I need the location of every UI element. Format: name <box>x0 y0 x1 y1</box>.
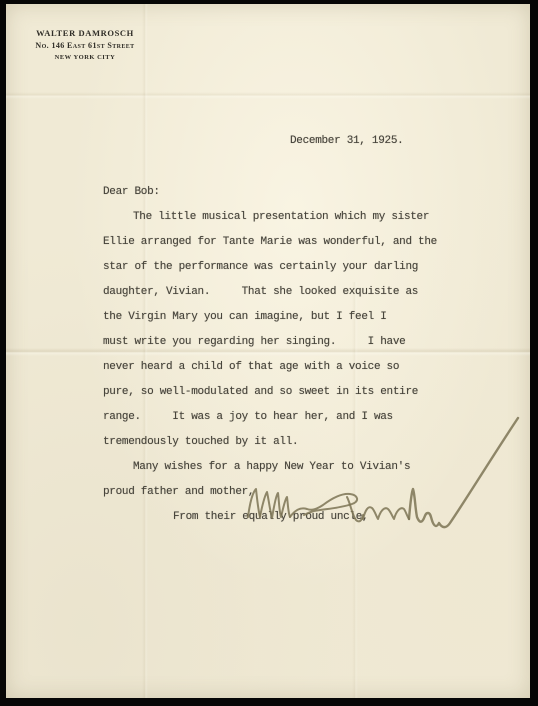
signature-stroke-waves <box>363 507 409 519</box>
letter-line: Ellie arranged for Tante Marie was wonde… <box>103 230 473 255</box>
letterhead: WALTER DAMROSCH No. 146 East 61st Street… <box>19 27 151 63</box>
letter-line: daughter, Vivian. That she looked exquis… <box>103 280 473 305</box>
letter-line: pure, so well-modulated and so sweet in … <box>103 380 473 405</box>
scan-frame: WALTER DAMROSCH No. 146 East 61st Street… <box>0 0 538 706</box>
date-line: December 31, 1925. <box>290 135 403 147</box>
letterhead-address: No. 146 East 61st Street <box>19 40 151 52</box>
signature-stroke-d <box>347 497 363 521</box>
letter-paper: WALTER DAMROSCH No. 146 East 61st Street… <box>6 4 530 698</box>
signature-walter-damrosch: Walter Damrosch <box>240 410 530 545</box>
letter-line: the Virgin Mary you can imagine, but I f… <box>103 305 473 330</box>
letter-line: star of the performance was certainly yo… <box>103 255 473 280</box>
letter-line-salutation: Dear Bob: <box>103 180 473 205</box>
fold-crease-horizontal-top <box>6 92 530 99</box>
signature-stroke-flourish <box>409 418 518 527</box>
letterhead-city: NEW YORK CITY <box>19 52 151 63</box>
signature-stroke-w <box>248 489 290 518</box>
letter-line: never heard a child of that age with a v… <box>103 355 473 380</box>
letter-line: The little musical presentation which my… <box>103 205 473 230</box>
letter-line: must write you regarding her singing. I … <box>103 330 473 355</box>
letterhead-name: WALTER DAMROSCH <box>19 27 151 40</box>
